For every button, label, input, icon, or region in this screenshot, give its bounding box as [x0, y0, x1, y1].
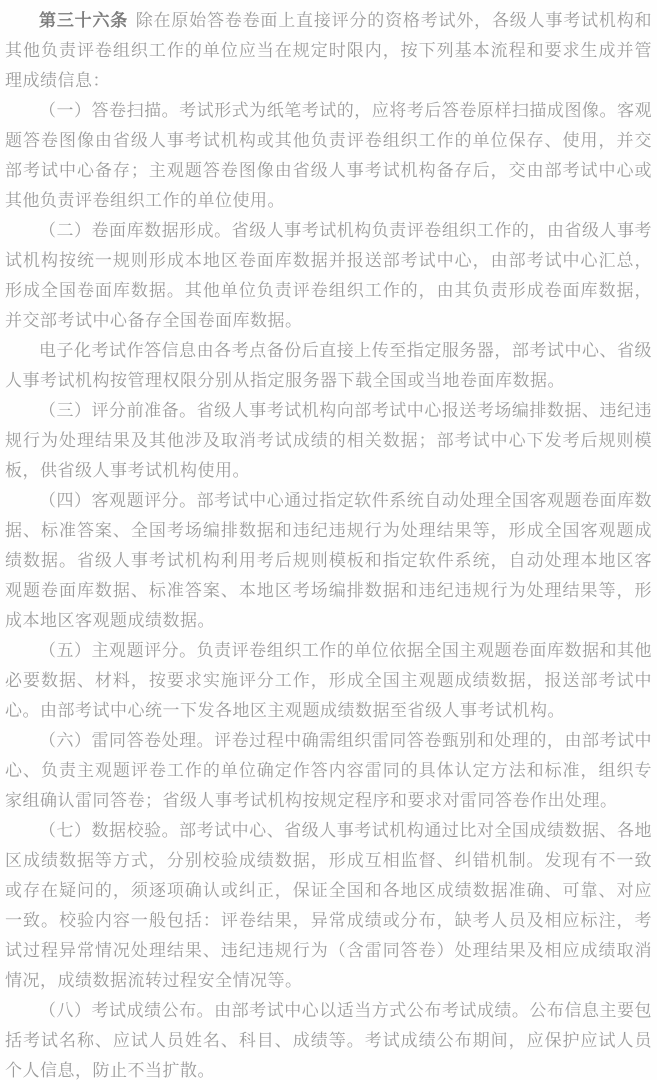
- clause-paragraph: （五）主观题评分。负责评卷组织工作的单位依据全国主观题卷面库数据和其他必要数据、…: [5, 636, 652, 726]
- clause-paragraph: （七）数据校验。部考试中心、省级人事考试机构通过比对全国成绩数据、各地区成绩数据…: [5, 816, 652, 996]
- article-number: 第三十六条: [39, 11, 128, 30]
- document-page: 第三十六条除在原始答卷卷面上直接评分的资格考试外，各级人事考试机构和其他负责评卷…: [0, 0, 657, 1080]
- article-opening-paragraph: 第三十六条除在原始答卷卷面上直接评分的资格考试外，各级人事考试机构和其他负责评卷…: [5, 6, 652, 96]
- clause-paragraph: 电子化考试作答信息由各考点备份后直接上传至指定服务器，部考试中心、省级人事考试机…: [5, 336, 652, 396]
- clause-paragraph: （二）卷面库数据形成。省级人事考试机构负责评卷组织工作的，由省级人事考试机构按统…: [5, 216, 652, 336]
- clause-paragraph: （六）雷同答卷处理。评卷过程中确需组织雷同答卷甄别和处理的，由部考试中心、负责主…: [5, 726, 652, 816]
- clause-paragraph: （八）考试成绩公布。由部考试中心以适当方式公布考试成绩。公布信息主要包括考试名称…: [5, 996, 652, 1080]
- clause-paragraph: （三）评分前准备。省级人事考试机构向部考试中心报送考场编排数据、违纪违规行为处理…: [5, 396, 652, 486]
- clause-paragraph: （四）客观题评分。部考试中心通过指定软件系统自动处理全国客观题卷面库数据、标准答…: [5, 486, 652, 636]
- clause-paragraph: （一）答卷扫描。考试形式为纸笔考试的，应将考后答卷原样扫描成图像。客观题答卷图像…: [5, 96, 652, 216]
